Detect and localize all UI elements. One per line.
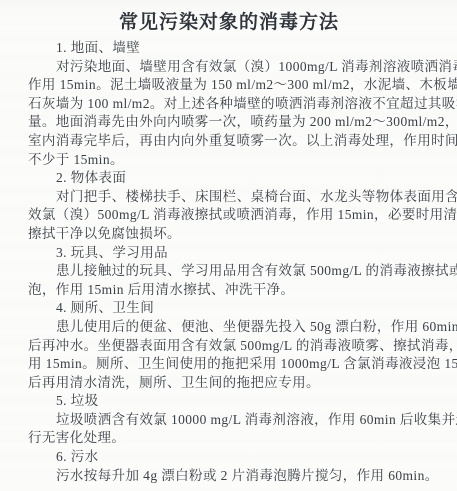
text-line: 用 15min。厕所、卫生间使用的拖把采用 1000mg/L 含氯消毒液浸泡 1… bbox=[28, 355, 430, 374]
text-line: 量。地面消毒先由外向内喷雾一次，喷药量为 200 ml/m2～300ml/m2，… bbox=[28, 113, 430, 132]
text-line: 擦拭干净以免腐蚀损坏。 bbox=[28, 225, 430, 244]
page-title: 常见污染对象的消毒方法 bbox=[28, 10, 430, 36]
section-6-heading: 6. 污水 bbox=[28, 448, 430, 467]
section-4-heading: 4. 厕所、卫生间 bbox=[28, 299, 430, 318]
text-line: 污水按每升加 4g 漂白粉或 2 片消毒泡腾片搅匀，作用 60min。 bbox=[28, 467, 430, 486]
section-1-heading: 1. 地面、墙壁 bbox=[28, 39, 430, 58]
text-line: 对门把手、楼梯扶手、床围栏、桌椅台面、水龙头等物体表面用含有 bbox=[28, 188, 430, 207]
section-5-heading: 5. 垃圾 bbox=[28, 392, 430, 411]
section-3-heading: 3. 玩具、学习用品 bbox=[28, 244, 430, 263]
text-line: 行无害化处理。 bbox=[28, 429, 430, 448]
text-line: 患儿使用后的便盆、便池、坐便器先投入 50g 漂白粉，作用 60min bbox=[28, 318, 430, 337]
section-2-heading: 2. 物体表面 bbox=[28, 169, 430, 188]
text-line: 室内消毒完毕后，再由内向外重复喷雾一次。以上消毒处理，作用时间应 bbox=[28, 132, 430, 151]
document-page: 常见污染对象的消毒方法 1. 地面、墙壁 对污染地面、墙壁用含有效氯（溴）100… bbox=[0, 0, 457, 491]
text-line: 作用 15min。泥土墙吸液量为 150 ml/m2～300 ml/m2，水泥墙… bbox=[28, 76, 430, 95]
text-line: 垃圾喷洒含有效氯 10000 mg/L 消毒剂溶液，作用 60min 后收集并进 bbox=[28, 411, 430, 430]
text-line: 后再冲水。坐便器表面用含有效氯 500mg/L 的消毒液喷雾、擦拭消毒，作 bbox=[28, 337, 430, 356]
text-line: 泡，作用 15min 后用清水擦拭、冲洗干净。 bbox=[28, 281, 430, 300]
text-line: 不少于 15min。 bbox=[28, 151, 430, 170]
text-line: 石灰墙为 100 ml/m2。对上述各种墙壁的喷洒消毒剂溶液不宜超过其吸液 bbox=[28, 95, 430, 114]
text-line: 对污染地面、墙壁用含有效氯（溴）1000mg/L 消毒剂溶液喷洒消毒， bbox=[28, 58, 430, 77]
text-line: 效氯（溴）500mg/L 消毒液擦拭或喷洒消毒，作用 15min，必要时用清水 bbox=[28, 206, 430, 225]
text-line: 患儿接触过的玩具、学习用品用含有效氯 500mg/L 的消毒液擦拭或浸 bbox=[28, 262, 430, 281]
text-line: 后再用清水清洗，厕所、卫生间的拖把应专用。 bbox=[28, 374, 430, 393]
